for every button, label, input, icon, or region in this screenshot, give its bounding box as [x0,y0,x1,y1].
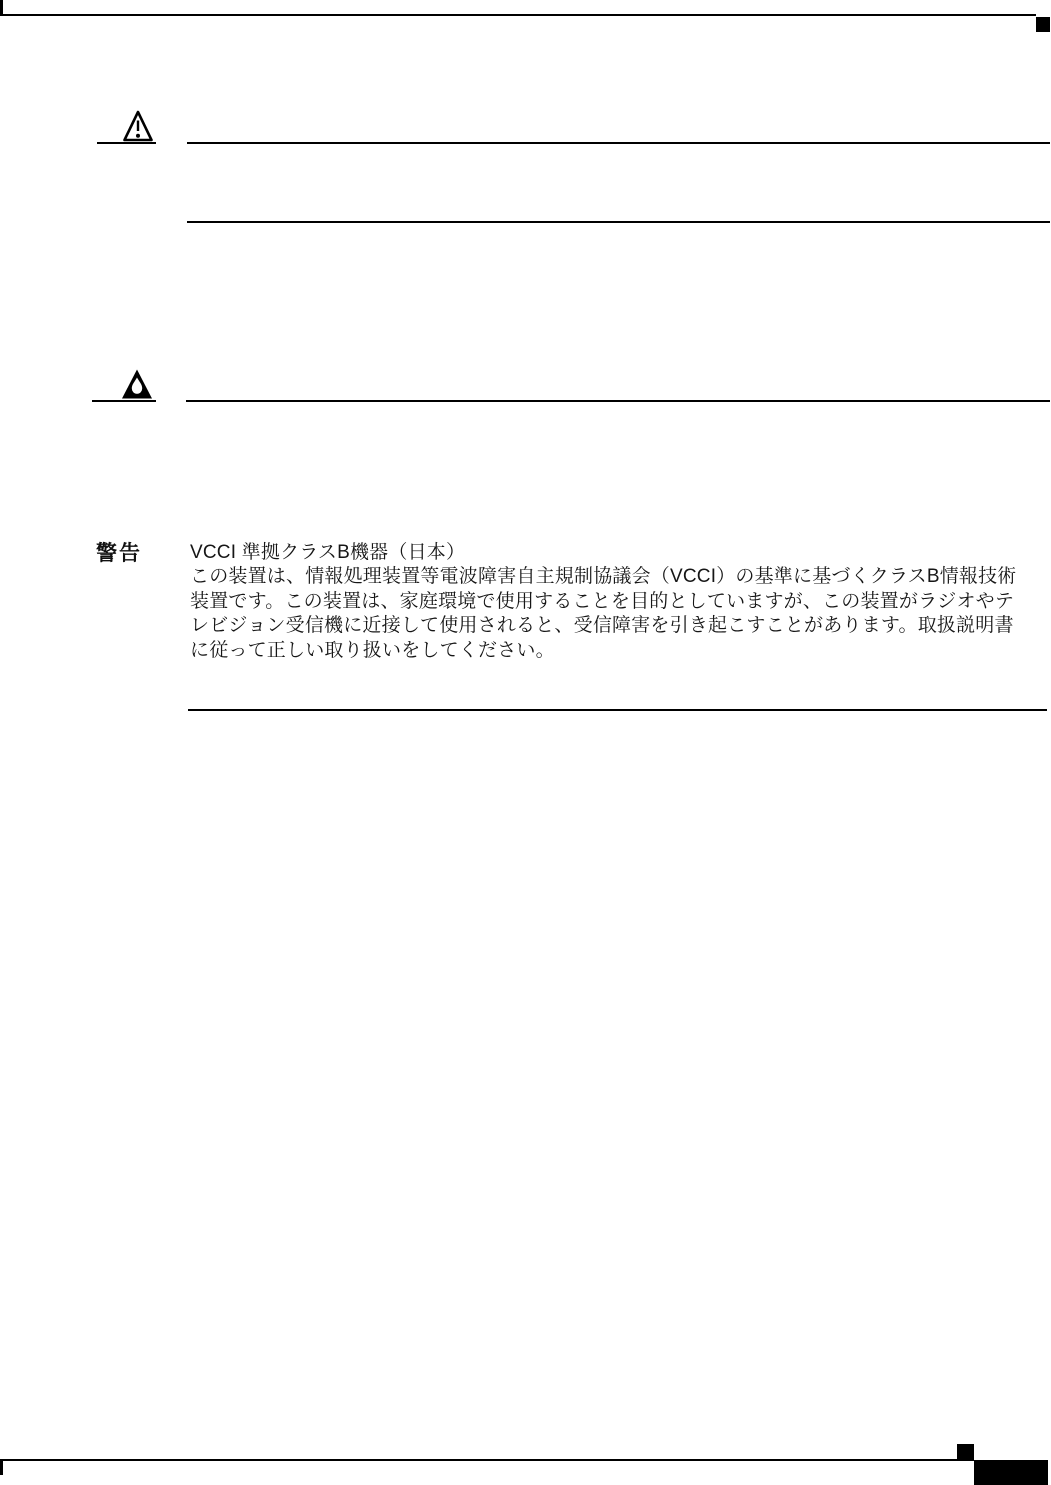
vcci-statement: VCCI 準拠クラスB機器（日本） この装置は、情報処理装置等電波障害自主規制協… [190,541,1042,663]
footer-small-square [957,1444,974,1460]
caution-bottom-rule [187,221,1050,223]
warning-label: 警告 [96,542,142,566]
caution-icon-underline [97,142,156,144]
footer-rule [0,1459,974,1461]
bottom-left-crop-tick [0,1459,3,1475]
warning-icon-underline [92,400,156,402]
caution-icon [123,110,153,142]
caution-top-rule [187,142,1050,144]
vcci-statement-line: VCCI 準拠クラスB機器（日本） [190,541,1042,565]
top-right-registration-square [1036,17,1050,32]
vcci-statement-line: に従って正しい取り扱いをしてください。 [190,639,1042,663]
vcci-statement-line: この装置は、情報処理装置等電波障害自主規制協議会（VCCI）の基準に基づくクラス… [190,565,1042,589]
vcci-statement-line: レビジョン受信機に近接して使用されると、受信障害を引き起こすことがあります。取扱… [190,614,1042,638]
vcci-statement-line: 装置です。この装置は、家庭環境で使用することを目的としていますが、この装置がラジ… [190,590,1042,614]
warning-top-rule [186,400,1050,402]
top-header-rule [0,14,1036,16]
vcci-bottom-rule [188,709,1047,711]
footer-corner-block [974,1460,1048,1485]
warning-icon [121,368,153,400]
